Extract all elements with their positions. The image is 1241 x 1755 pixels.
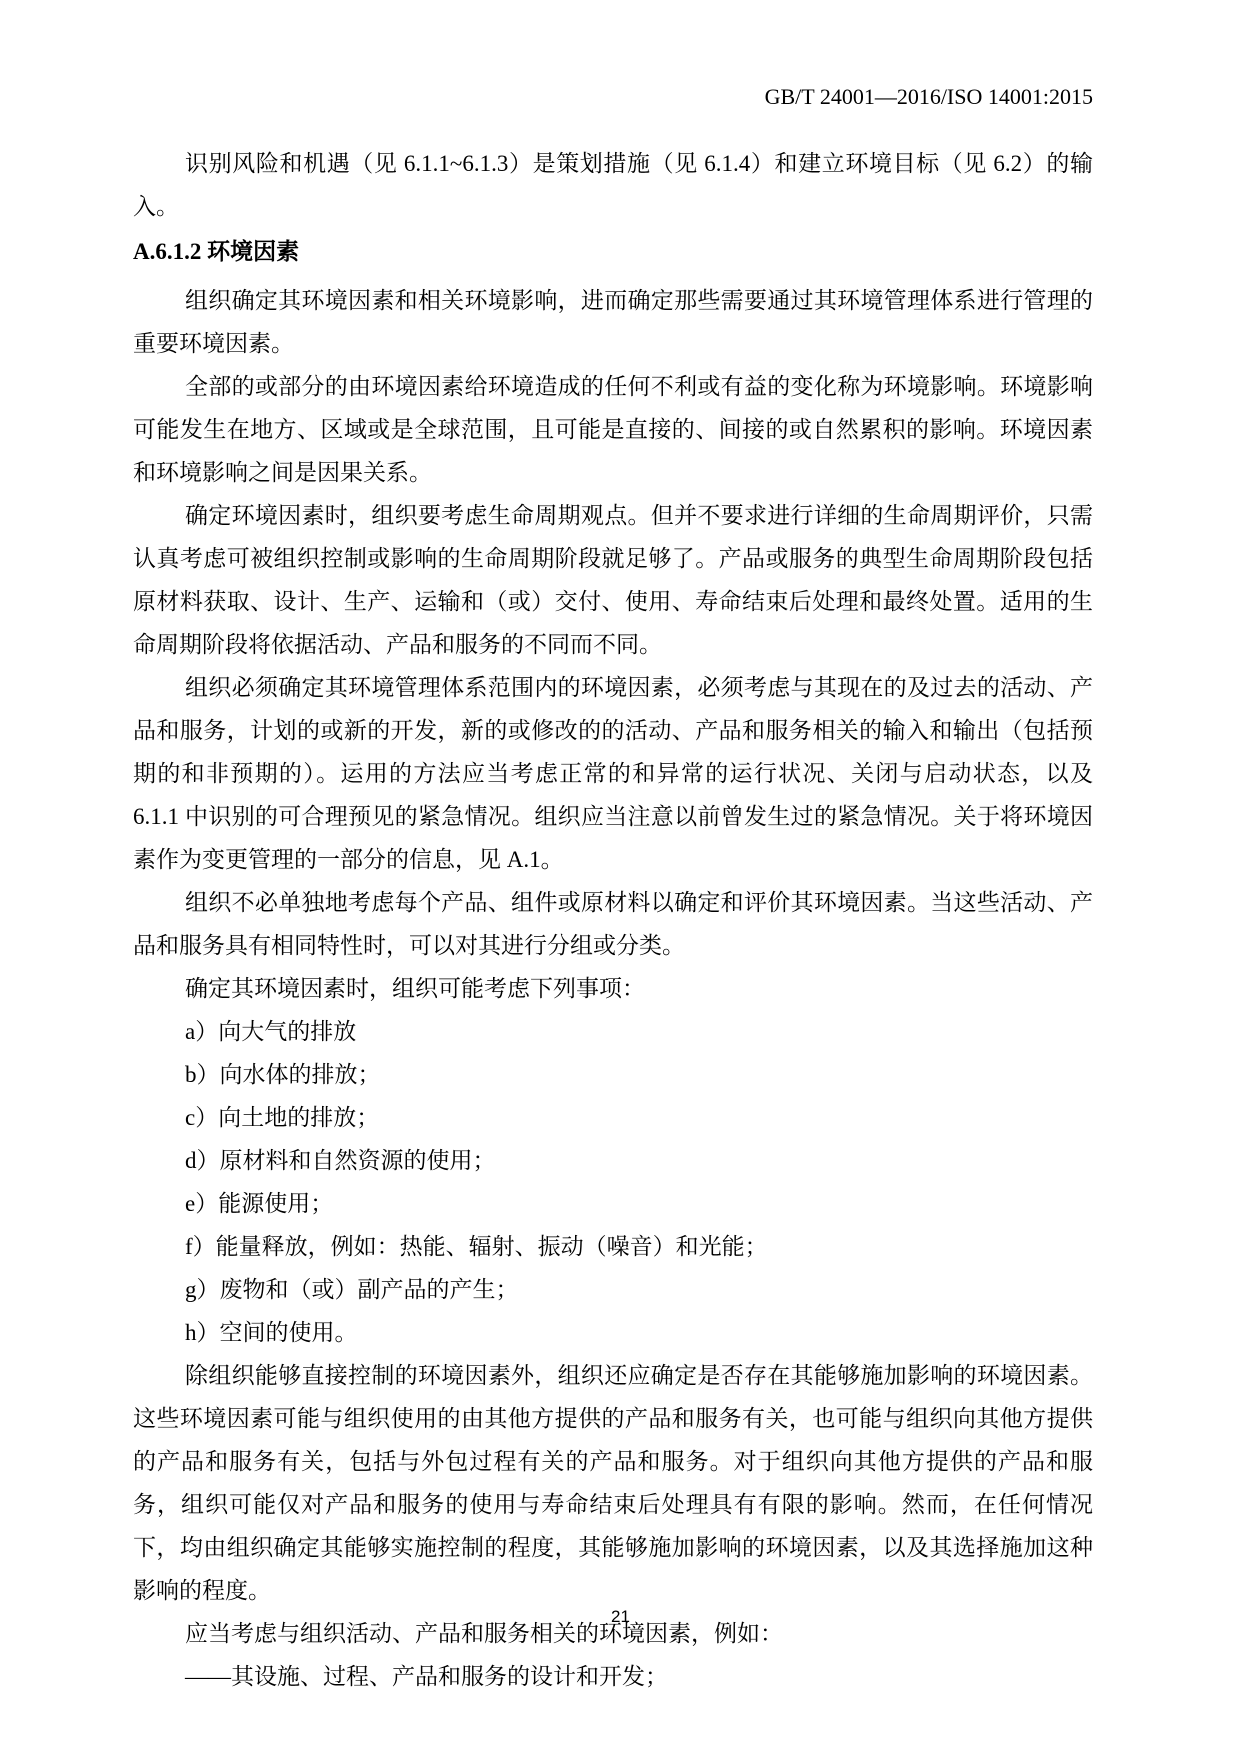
paragraph-determine-aspects: 组织确定其环境因素和相关环境影响，进而确定那些需要通过其环境管理体系进行管理的重… — [133, 279, 1093, 365]
paragraph-ems-scope: 组织必须确定其环境管理体系范围内的环境因素，必须考虑与其现在的及过去的活动、产品… — [133, 666, 1093, 881]
paragraph-environmental-impact: 全部的或部分的由环境因素给环境造成的任何不利或有益的变化称为环境影响。环境影响可… — [133, 365, 1093, 494]
list-item-d: d）原材料和自然资源的使用； — [133, 1139, 1093, 1182]
document-body: 识别风险和机遇（见 6.1.1~6.1.3）是策划措施（见 6.1.4）和建立环… — [133, 142, 1093, 1698]
list-item-g: g）废物和（或）副产品的产生； — [133, 1268, 1093, 1311]
list-item-f: f）能量释放，例如：热能、辐射、振动（噪音）和光能； — [133, 1225, 1093, 1268]
list-item-c: c）向土地的排放； — [133, 1096, 1093, 1139]
document-page: GB/T 24001—2016/ISO 14001:2015 识别风险和机遇（见… — [0, 0, 1241, 1755]
standard-reference-header: GB/T 24001—2016/ISO 14001:2015 — [133, 84, 1093, 110]
page-number: 21 — [0, 1606, 1241, 1628]
section-heading-a612: A.6.1.2 环境因素 — [133, 230, 1093, 273]
paragraph-lifecycle-perspective: 确定环境因素时，组织要考虑生命周期观点。但并不要求进行详细的生命周期评价，只需认… — [133, 494, 1093, 666]
paragraph-consider-intro: 确定其环境因素时，组织可能考虑下列事项： — [133, 967, 1093, 1010]
paragraph-grouping: 组织不必单独地考虑每个产品、组件或原材料以确定和评价其环境因素。当这些活动、产品… — [133, 881, 1093, 967]
list-item-b: b）向水体的排放； — [133, 1053, 1093, 1096]
list-item-e: e）能源使用； — [133, 1182, 1093, 1225]
dash-item-design-development: ——其设施、过程、产品和服务的设计和开发； — [133, 1655, 1093, 1698]
paragraph-influence: 除组织能够直接控制的环境因素外，组织还应确定是否存在其能够施加影响的环境因素。这… — [133, 1354, 1093, 1612]
list-item-h: h）空间的使用。 — [133, 1311, 1093, 1354]
paragraph-risks-opportunities: 识别风险和机遇（见 6.1.1~6.1.3）是策划措施（见 6.1.4）和建立环… — [133, 142, 1093, 228]
list-item-a: a）向大气的排放 — [133, 1010, 1093, 1053]
